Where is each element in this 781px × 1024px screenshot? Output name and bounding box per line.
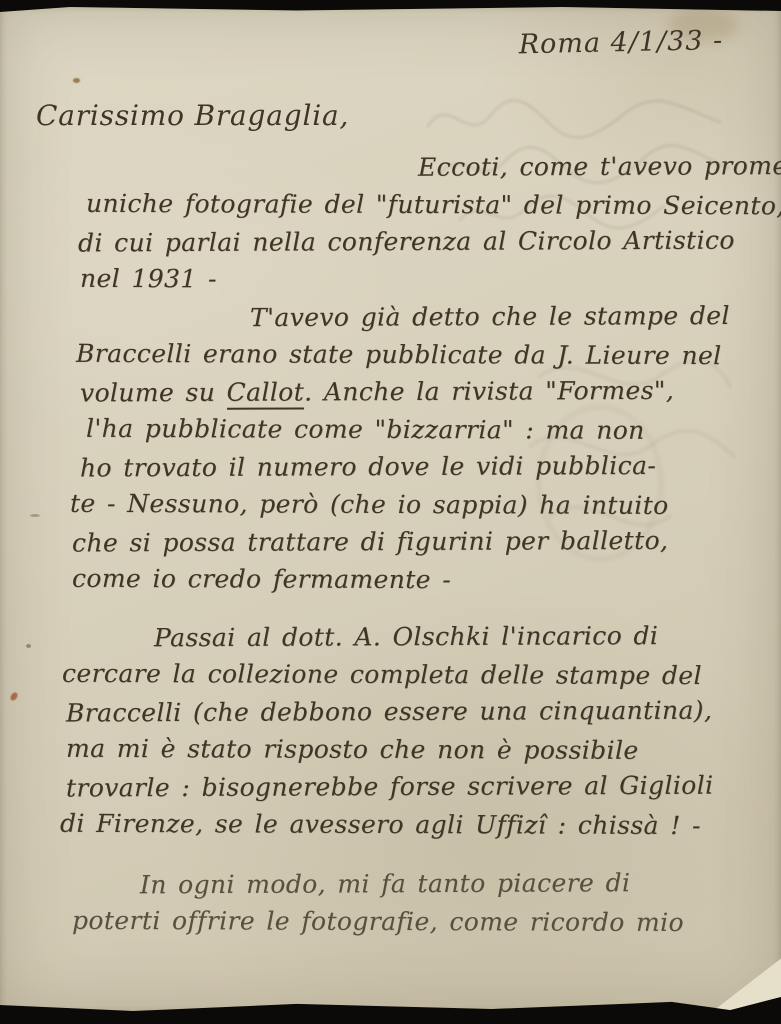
underlined-word-callot: Callot xyxy=(227,377,305,409)
letter-page: Roma 4/1/33 - Carissimo Bragaglia, Eccot… xyxy=(0,6,781,1013)
manuscript-line: cercare la collezione completa delle sta… xyxy=(62,654,741,694)
manuscript-line: T'avevo già detto che le stampe del xyxy=(250,297,741,337)
manuscript-line: di cui parlai nella conferenza al Circol… xyxy=(78,222,741,262)
manuscript-line: trovarle : bisognerebbe forse scrivere a… xyxy=(66,767,741,807)
letter-salutation: Carissimo Bragaglia, xyxy=(36,99,781,132)
line-text: . Anche la rivista "Formes", xyxy=(304,376,674,407)
line-text: volume su xyxy=(80,378,227,408)
manuscript-line: come io credo fermamente - xyxy=(72,559,741,599)
manuscript-line: ma mi è stato risposto che non è possibi… xyxy=(66,729,741,769)
manuscript-line: l'ha pubblicate come "bizzarria" : ma no… xyxy=(86,409,741,449)
manuscript-line: Braccelli erano state pubblicate da J. L… xyxy=(76,334,741,374)
manuscript-line: Eccoti, come t'avevo promesso, le xyxy=(418,147,741,186)
letter-date: Roma 4/1/33 - xyxy=(0,6,781,71)
manuscript-line: ho trovato il numero dove le vidi pubbli… xyxy=(80,447,741,487)
manuscript-line: uniche fotografie del "futurista" del pr… xyxy=(86,184,741,224)
foxing-spot xyxy=(73,78,80,83)
manuscript-line: Braccelli (che debbono essere una cinqua… xyxy=(66,692,741,732)
manuscript-line: di Firenze, se le avessero agli Uffizî :… xyxy=(60,804,741,844)
manuscript-line: te - Nessuno, però (che io sappia) ha in… xyxy=(70,484,741,524)
manuscript-line: poterti offrire le fotografie, come rico… xyxy=(72,901,741,941)
manuscript-line: volume su Callot. Anche la rivista "Form… xyxy=(80,372,741,412)
letter-body: Eccoti, come t'avevo promesso, le uniche… xyxy=(0,148,781,940)
manuscript-line: nel 1931 - xyxy=(80,259,741,299)
manuscript-line: In ogni modo, mi fa tanto piacere di xyxy=(140,864,741,904)
manuscript-line: Passai al dott. A. Olschki l'incarico di xyxy=(154,617,741,657)
folded-corner xyxy=(699,951,781,1013)
manuscript-line: che si possa trattare di figurini per ba… xyxy=(72,522,741,562)
photograph-background: Roma 4/1/33 - Carissimo Bragaglia, Eccot… xyxy=(0,0,781,1024)
